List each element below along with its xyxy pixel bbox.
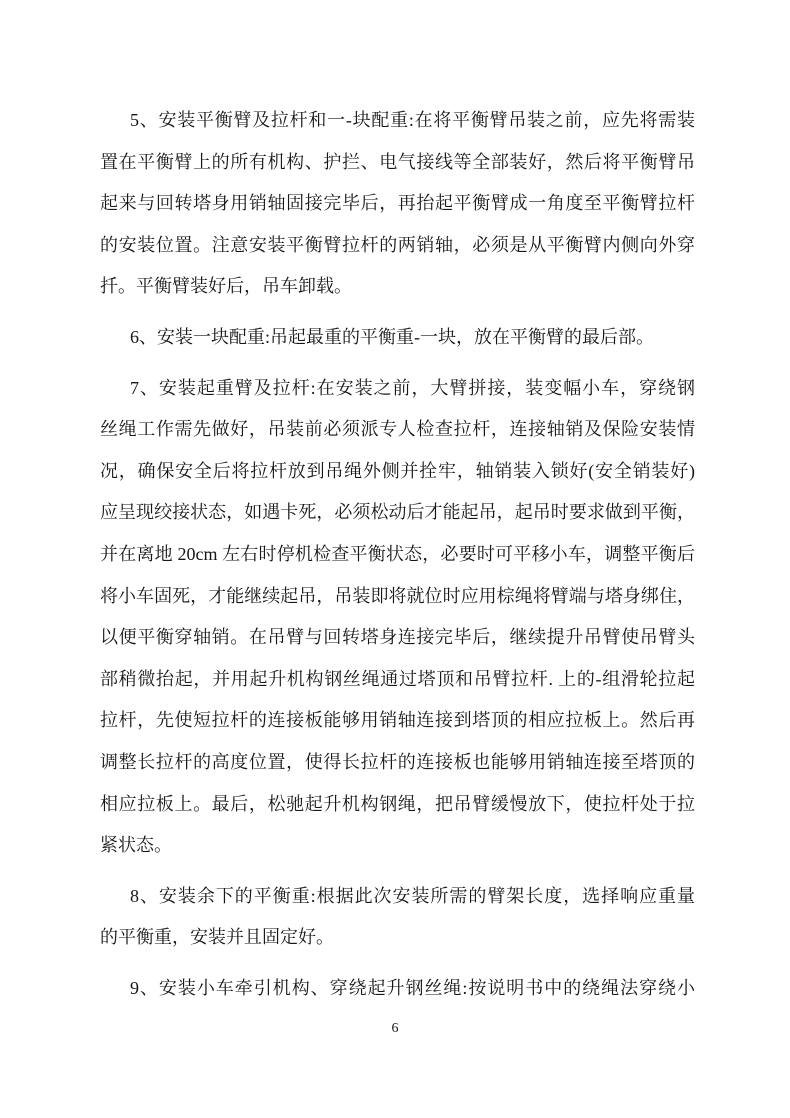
text-line: 7、安装起重臂及拉杆:在安装之前，大臂拼接，装变幅小车，穿绕钢 bbox=[100, 368, 695, 410]
text-line: 拉杆，先使短拉杆的连接板能够用销轴连接到塔顶的相应拉板上。然后再 bbox=[100, 700, 695, 742]
paragraph-item-8: 8、安装余下的平衡重:根据此次安装所需的臂架长度，选择响应重量 的平衡重，安装并… bbox=[100, 876, 695, 959]
paragraph-item-5: 5、安装平衡臂及拉杆和一-块配重:在将平衡臂吊装之前，应先将需装 置在平衡臂上的… bbox=[100, 100, 695, 308]
text-line: 部稍微抬起，并用起升机构钢丝绳通过塔顶和吊臂拉杆. 上的-组滑轮拉起 bbox=[100, 659, 695, 701]
text-line: 5、安装平衡臂及拉杆和一-块配重:在将平衡臂吊装之前，应先将需装 bbox=[100, 100, 695, 142]
text-line: 况，确保安全后将拉杆放到吊绳外侧并拴牢，轴销装入锁好(安全销装好) bbox=[100, 451, 695, 493]
text-line: 9、安装小车牵引机构、穿绕起升钢丝绳:按说明书中的绕绳法穿绕小 bbox=[100, 968, 695, 1010]
page-number: 6 bbox=[0, 1020, 790, 1038]
paragraph-item-9: 9、安装小车牵引机构、穿绕起升钢丝绳:按说明书中的绕绳法穿绕小 bbox=[100, 968, 695, 1010]
text-line: 6、安装一块配重:吊起最重的平衡重-一块，放在平衡臂的最后部。 bbox=[100, 317, 695, 359]
document-page: 5、安装平衡臂及拉杆和一-块配重:在将平衡臂吊装之前，应先将需装 置在平衡臂上的… bbox=[0, 0, 790, 1118]
text-line: 相应拉板上。最后，松驰起升机构钢绳，把吊臂缓慢放下，使拉杆处于拉 bbox=[100, 784, 695, 826]
paragraph-item-6: 6、安装一块配重:吊起最重的平衡重-一块，放在平衡臂的最后部。 bbox=[100, 317, 695, 359]
paragraph-item-7: 7、安装起重臂及拉杆:在安装之前，大臂拼接，装变幅小车，穿绕钢 丝绳工作需先做好… bbox=[100, 368, 695, 867]
text-line: 丝绳工作需先做好，吊装前必须派专人检查拉杆，连接轴销及保险安装情 bbox=[100, 409, 695, 451]
text-line: 扦。平衡臂装好后，吊车卸载。 bbox=[100, 266, 695, 308]
text-line: 并在离地 20cm 左右时停机检查平衡状态，必要时可平移小车，调整平衡后 bbox=[100, 534, 695, 576]
text-line: 应呈现绞接状态，如遇卡死，必须松动后才能起吊，起吊时要求做到平衡， bbox=[100, 492, 695, 534]
text-line: 8、安装余下的平衡重:根据此次安装所需的臂架长度，选择响应重量 bbox=[100, 876, 695, 918]
text-line: 起来与回转塔身用销轴固接完毕后，再抬起平衡臂成一角度至平衡臂拉杆 bbox=[100, 183, 695, 225]
text-line: 紧状态。 bbox=[100, 825, 695, 867]
text-line: 调整长拉杆的高度位置，使得长拉杆的连接板也能够用销轴连接至塔顶的 bbox=[100, 742, 695, 784]
text-line: 置在平衡臂上的所有机构、护拦、电气接线等全部装好，然后将平衡臂吊 bbox=[100, 142, 695, 184]
text-line: 以便平衡穿轴销。在吊臂与回转塔身连接完毕后，继续提升吊臂使吊臂头 bbox=[100, 617, 695, 659]
document-content: 5、安装平衡臂及拉杆和一-块配重:在将平衡臂吊装之前，应先将需装 置在平衡臂上的… bbox=[100, 100, 695, 1018]
text-line: 的安装位置。注意安装平衡臂拉杆的两销轴，必须是从平衡臂内侧向外穿 bbox=[100, 225, 695, 267]
text-line: 的平衡重，安装并且固定好。 bbox=[100, 917, 695, 959]
text-line: 将小车固死，才能继续起吊，吊装即将就位时应用棕绳将臂端与塔身绑住， bbox=[100, 576, 695, 618]
